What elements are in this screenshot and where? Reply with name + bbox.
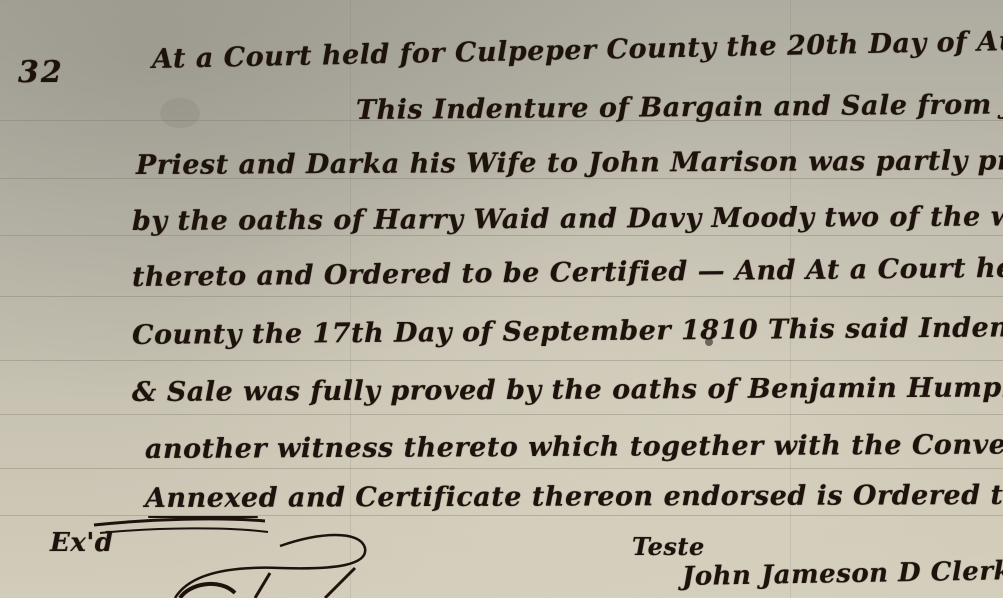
document-page: 32 At a Court held for Culpeper County t… (0, 0, 1003, 598)
ruled-line (0, 360, 1003, 361)
record-line-1: At a Court held for Culpeper County the … (152, 23, 1003, 75)
record-line-7: & Sale was fully proved by the oaths of … (132, 372, 1003, 408)
ruled-line (0, 414, 1003, 415)
ruled-line (0, 296, 1003, 297)
record-line-9: Annexed and Certificate thereon endorsed… (145, 479, 1003, 514)
record-line-3: Priest and Darka his Wife to John Mariso… (136, 145, 1003, 181)
signature-flourish (160, 528, 420, 598)
record-line-5: thereto and Ordered to be Certified — An… (132, 251, 1003, 293)
ink-blot (705, 338, 713, 346)
folio-number: 32 (18, 55, 64, 90)
record-line-6: County the 17th Day of September 1810 Th… (132, 310, 1003, 351)
attestation-teste: Teste (632, 532, 705, 561)
ruled-line (0, 468, 1003, 469)
record-line-8: another witness thereto which together w… (145, 428, 1003, 465)
clerk-signature: John Jameson D Clerk (682, 556, 1003, 592)
record-line-4: by the oaths of Harry Waid and Davy Mood… (132, 201, 1003, 237)
record-line-2: This Indenture of Bargain and Sale from … (356, 89, 1003, 126)
paper-stain (160, 98, 200, 128)
